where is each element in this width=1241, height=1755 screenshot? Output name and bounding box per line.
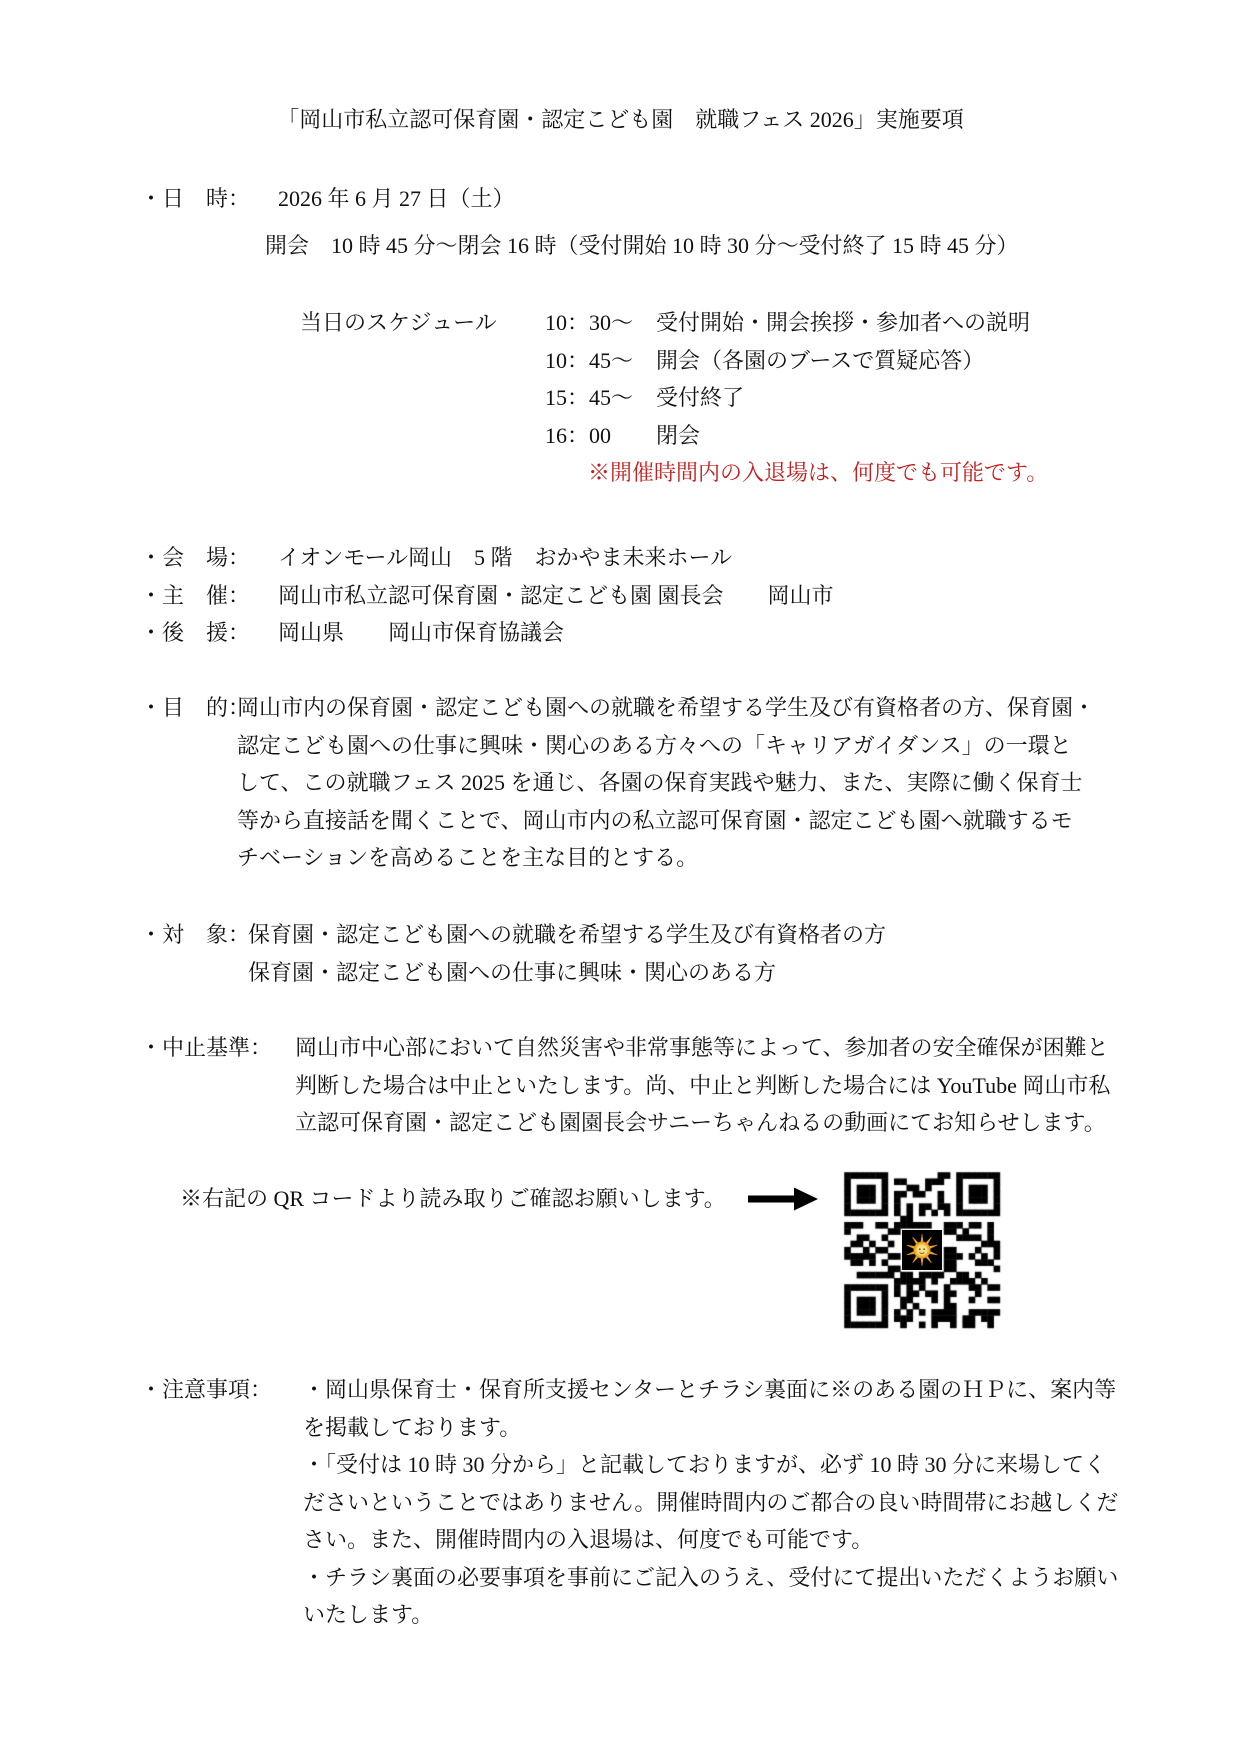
notes-line: ・「受付は 10 時 30 分から」と記載しておりますが、必ず 10 時 30 …	[303, 1446, 1118, 1484]
page-title: 「岡山市私立認可保育園・認定こども園 就職フェス 2026」実施要項	[0, 104, 1241, 136]
hours-line: 開会 10 時 45 分～閉会 16 時（受付開始 10 時 30 分～受付終了…	[265, 231, 1019, 261]
venue-label: ・会 場：	[140, 543, 250, 573]
reentry-note: ※開催時間内の入退場は、何度でも可能です。	[588, 458, 1048, 488]
datetime-value: 2026 年 6 月 27 日（土）	[278, 184, 515, 214]
notes-paragraph: ・岡山県保育士・保育所支援センターとチラシ裏面に※のある園のＨＰに、案内等 を掲…	[303, 1371, 1118, 1634]
purpose-line: して、この就職フェス 2025 を通じ、各園の保育実践や魅力、また、実際に働く保…	[237, 764, 1095, 802]
cancellation-line: 判断した場合は中止といたします。尚、中止と判断した場合には YouTube 岡山…	[295, 1067, 1110, 1105]
qr-code	[838, 1166, 1006, 1334]
schedule-time: 10：30～	[545, 308, 633, 338]
organizer-label: ・主 催：	[140, 581, 250, 611]
notes-line: ・岡山県保育士・保育所支援センターとチラシ裏面に※のある園のＨＰに、案内等	[303, 1371, 1118, 1409]
datetime-label: ・日 時：	[140, 184, 250, 214]
purpose-line: チベーションを高めることを主な目的とする。	[237, 839, 1095, 877]
cancellation-label: ・中止基準：	[140, 1033, 272, 1063]
cancellation-paragraph: 岡山市中心部において自然災害や非常事態等によって、参加者の安全確保が困難と 判断…	[295, 1029, 1110, 1142]
target-paragraph: 保育園・認定こども園への就職を希望する学生及び有資格者の方 保育園・認定こども園…	[248, 916, 886, 991]
schedule-desc: 受付開始・開会挨拶・参加者への説明	[656, 308, 1030, 338]
support-label: ・後 援：	[140, 618, 250, 648]
notes-line: さい。また、開催時間内の入退場は、何度でも可能です。	[303, 1521, 1118, 1559]
schedule-heading: 当日のスケジュール	[300, 308, 497, 338]
notes-line: ださいということではありません。開催時間内のご都合の良い時間帯にお越しくだ	[303, 1484, 1118, 1522]
cancellation-line: 岡山市中心部において自然災害や非常事態等によって、参加者の安全確保が困難と	[295, 1029, 1110, 1067]
schedule-desc: 開会（各園のブースで質疑応答）	[656, 346, 984, 376]
target-line: 保育園・認定こども園への仕事に興味・関心のある方	[248, 954, 886, 992]
notes-label: ・注意事項：	[140, 1375, 272, 1405]
target-line: 保育園・認定こども園への就職を希望する学生及び有資格者の方	[248, 916, 886, 954]
sun-icon	[902, 1230, 942, 1270]
organizer-value: 岡山市私立認可保育園・認定こども園 園長会 岡山市	[278, 581, 834, 611]
notes-line: いたします。	[303, 1596, 1118, 1634]
schedule-desc: 受付終了	[656, 383, 744, 413]
purpose-line: 岡山市内の保育園・認定こども園への就職を希望する学生及び有資格者の方、保育園・	[237, 689, 1095, 727]
schedule-time: 16：00	[545, 421, 611, 451]
right-arrow-icon	[748, 1186, 820, 1212]
document-page: 「岡山市私立認可保育園・認定こども園 就職フェス 2026」実施要項 ・日 時：…	[0, 0, 1241, 1755]
support-value: 岡山県 岡山市保育協議会	[278, 618, 564, 648]
schedule-time: 10：45～	[545, 346, 633, 376]
venue-value: イオンモール岡山 5 階 おかやま未来ホール	[278, 543, 732, 573]
notes-line: を掲載しております。	[303, 1409, 1118, 1447]
qr-note: ※右記の QR コードより読み取りご確認お願いします。	[180, 1184, 726, 1214]
notes-line: ・チラシ裏面の必要事項を事前にご記入のうえ、受付にて提出いただくようお願い	[303, 1559, 1118, 1597]
schedule-desc: 閉会	[656, 421, 700, 451]
schedule-time: 15：45～	[545, 383, 633, 413]
target-label: ・対 象：	[140, 920, 250, 950]
purpose-label: ・目 的：	[140, 693, 250, 723]
purpose-line: 認定こども園への仕事に興味・関心のある方々への「キャリアガイダンス」の一環と	[237, 727, 1095, 765]
purpose-line: 等から直接話を聞くことで、岡山市内の私立認可保育園・認定こども園へ就職するモ	[237, 802, 1095, 840]
purpose-paragraph: 岡山市内の保育園・認定こども園への就職を希望する学生及び有資格者の方、保育園・ …	[237, 689, 1095, 877]
cancellation-line: 立認可保育園・認定こども園園長会サニーちゃんねるの動画にてお知らせします。	[295, 1104, 1110, 1142]
